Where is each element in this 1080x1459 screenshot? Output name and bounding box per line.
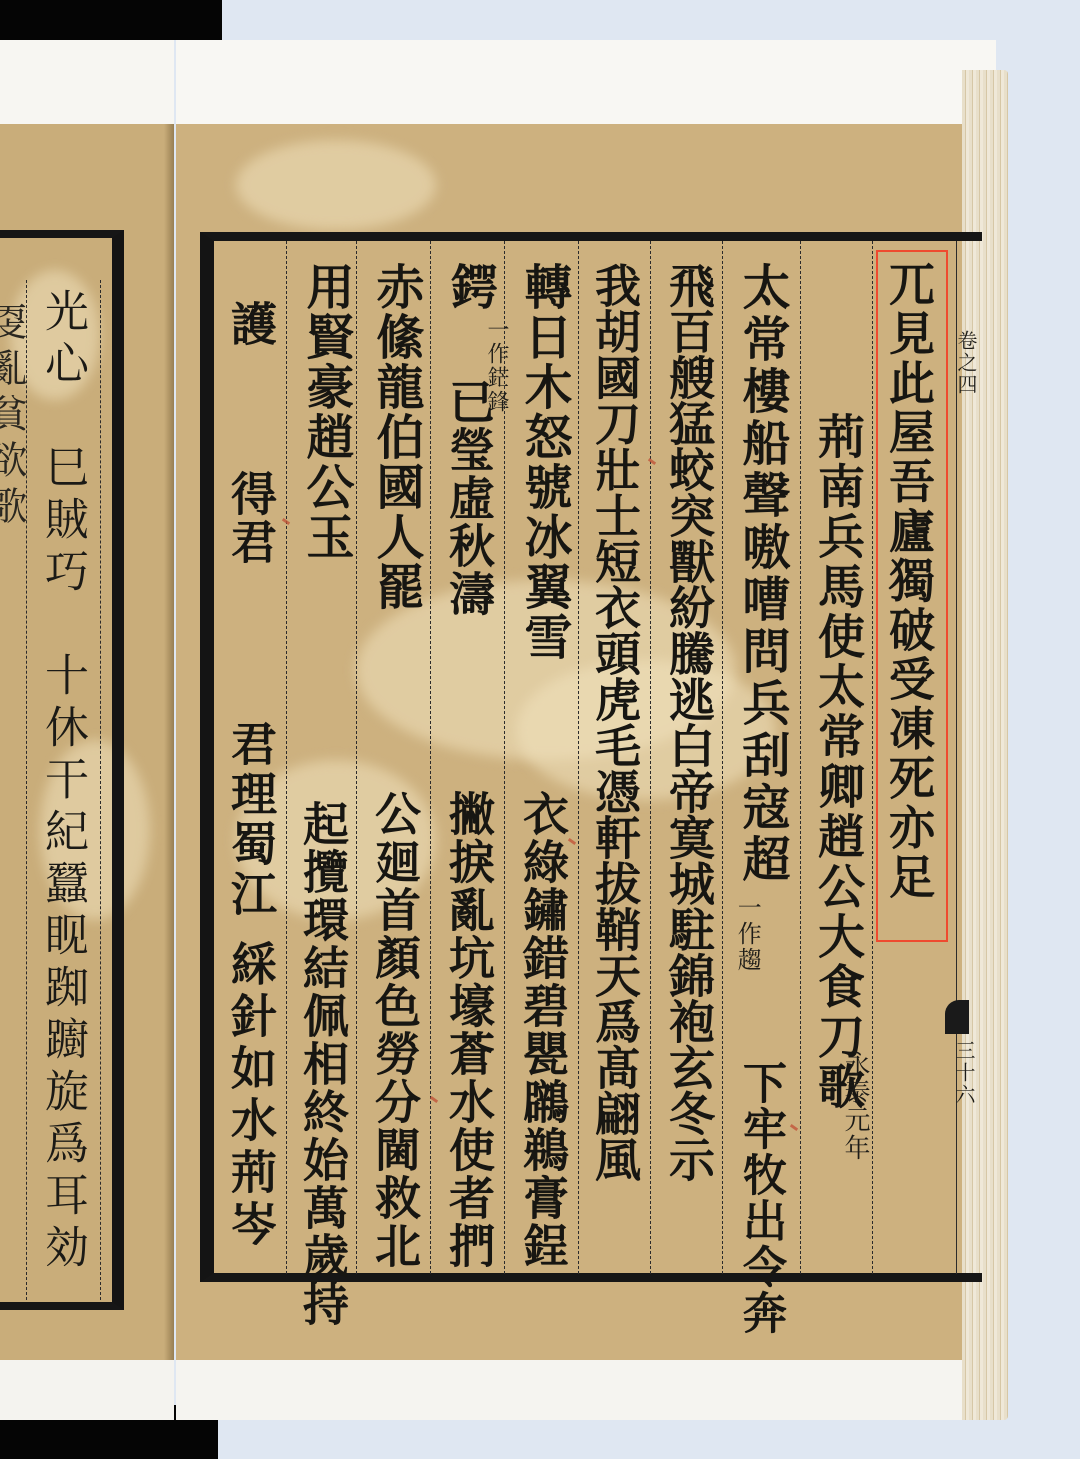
- paper-stain: [236, 140, 436, 230]
- text-column-8-cont2: 君理蜀江: [228, 720, 274, 920]
- text-column-5: 鍔: [446, 262, 494, 316]
- column-rule: [286, 241, 287, 1274]
- text-column-4-cont: 衣綠鏽錯碧甖鸊鵜膏鋥: [520, 790, 566, 1270]
- highlighted-text-line: 兀見此屋吾廬獨破受凍死亦足: [886, 260, 932, 902]
- text-column-7-cont: 起攬環結佩相終始萬歲持: [300, 800, 346, 1328]
- poem-title: 荊南兵馬使太常卿趙公大食刀歌: [814, 412, 861, 1112]
- text-column-4: 轉日木怒號冰翼雪: [520, 262, 568, 662]
- left-page-top-margin: [0, 40, 174, 124]
- text-column-2: 飛百艘猛蛟突獸紛騰逃白帝寞城駐錦袍玄冬示: [666, 262, 712, 1182]
- left-page: 光心 巳賊巧 十休干紀蠶𪾢踟躕旋爲耳効 㪅亂貧欲歌: [0, 40, 174, 1420]
- left-text-column: 光心 巳賊巧 十休干紀蠶𪾢踟躕旋爲耳効: [40, 288, 84, 1276]
- variant-note: 一作趨: [734, 895, 759, 973]
- right-page-top-margin: [176, 40, 996, 124]
- column-rule: [100, 280, 101, 1300]
- block-center-title: 卷之四: [952, 330, 981, 396]
- page-number: 三十六: [950, 1040, 979, 1106]
- column-rule: [430, 241, 431, 1274]
- text-column-7: 用賢豪趙公玉: [302, 262, 350, 562]
- column-rule: [356, 241, 357, 1274]
- text-column-8-cont3: 綵針如水荊岑: [228, 940, 274, 1252]
- text-column-6: 赤絛龍伯國人罷: [372, 262, 420, 612]
- scan-background-black-top: [0, 0, 222, 40]
- column-rule: [800, 241, 801, 1274]
- left-page-bottom-margin: [0, 1360, 174, 1420]
- text-column-8: 護: [228, 300, 274, 352]
- right-page-bottom-margin: [176, 1360, 996, 1420]
- left-text-column-partial: 㪅亂貧欲歌: [0, 302, 24, 532]
- text-column-1-cont: 下牢牧出令奔: [738, 1060, 782, 1336]
- column-rule: [872, 241, 873, 1274]
- fish-tail-ornament: [945, 1000, 969, 1034]
- column-rule: [650, 241, 651, 1274]
- title-date-note: 永泰元年: [812, 1050, 868, 1162]
- column-rule: [722, 241, 723, 1274]
- text-column-5-cont: 已瑩虛秋濤: [446, 378, 492, 618]
- text-column-6-cont: 公廻首顏色勞分閫救北: [372, 790, 418, 1270]
- column-rule: [578, 241, 579, 1274]
- text-column-3: 我胡國刀壯士短衣頭虎毛憑軒拔鞘天爲髙翩風: [592, 262, 638, 1182]
- text-column-5-cont2: 撇捩亂坑壕蒼水使者捫: [446, 790, 492, 1270]
- text-column-8-cont: 得君: [228, 470, 274, 566]
- text-column-1: 太常樓船聲嗷嘈問兵刮寇超: [738, 262, 786, 886]
- spine-shadow: [164, 124, 174, 1360]
